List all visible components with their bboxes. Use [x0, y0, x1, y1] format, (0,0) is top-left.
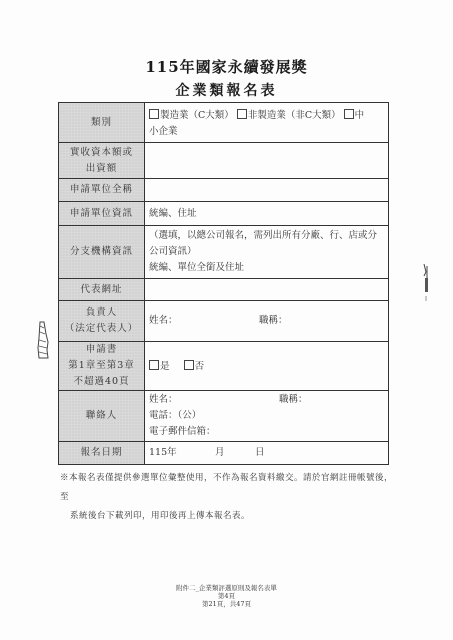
registration-note: ※本報名表僅提供參選單位彙整使用，不作為報名資料繳交。請於官網註冊帳號後，至 系…: [60, 469, 400, 526]
form-title: 115年國家永續發展獎: [0, 56, 453, 77]
row-date: 報名日期 115年月日: [59, 442, 389, 465]
yes-label: 是: [160, 361, 170, 372]
representative-label-line1: 負責人: [63, 305, 140, 321]
application-pages-label-line3: 不超過40頁: [63, 374, 140, 390]
website-field[interactable]: [145, 279, 389, 301]
seal-stamp-icon: [36, 320, 50, 360]
footer-page-local: 第4頁: [0, 592, 453, 600]
application-pages-label: 申請書 第1章至第3章 不超過40頁: [59, 342, 145, 391]
registration-form-table: 類別 製造業（C大類） 非製造業（非C大類） 中 小企業 實收資本額或 出資額 …: [58, 102, 389, 465]
capital-label-line2: 出資額: [63, 161, 140, 177]
option-sme-label-part2: 小企業: [149, 122, 384, 138]
branch-info-field[interactable]: （選填，以總公司報名，需列出所有分廠、行、店或分 公司資訊） 統編、單位全銜及住…: [145, 226, 389, 279]
contact-name-label: 姓名：: [149, 394, 279, 406]
checkbox-no[interactable]: [184, 360, 194, 370]
application-pages-label-line1: 申請書: [63, 342, 140, 358]
row-applicant-name: 申請單位全稱: [59, 179, 389, 202]
applicant-info-field[interactable]: 統編、住址: [145, 202, 389, 226]
row-website: 代表網址: [59, 279, 389, 301]
option-sme-label-part1: 中: [355, 110, 365, 121]
row-capital: 實收資本額或 出資額: [59, 143, 389, 179]
capital-label-line1: 實收資本額或: [63, 145, 140, 161]
capital-field[interactable]: [145, 143, 389, 179]
date-day: 日: [255, 447, 265, 458]
row-branch-info: 分支機構資訊 （選填，以總公司報名，需列出所有分廠、行、店或分 公司資訊） 統編…: [59, 226, 389, 279]
row-representative: 負責人 （法定代表人） 姓名：職稱：: [59, 301, 389, 342]
representative-label-line2: （法定代表人）: [63, 321, 140, 337]
no-label: 否: [195, 361, 205, 372]
website-label: 代表網址: [59, 279, 145, 301]
option-non-manufacturing-label: 非製造業（非C大類）: [248, 110, 341, 121]
contact-phone-label: 電話：（公）: [149, 408, 384, 424]
contact-field[interactable]: 姓名：職稱： 電話：（公） 電子郵件信箱：: [145, 391, 389, 442]
representative-field[interactable]: 姓名：職稱：: [145, 301, 389, 342]
checkbox-non-manufacturing[interactable]: [237, 109, 247, 119]
footer-attachment-title: 附件二_企業類評選原則及報名表單: [0, 584, 453, 592]
capital-label: 實收資本額或 出資額: [59, 143, 145, 179]
representative-label: 負責人 （法定代表人）: [59, 301, 145, 342]
row-applicant-info: 申請單位資訊 統編、住址: [59, 202, 389, 226]
footer-page-total: 第21頁，共47頁: [0, 600, 453, 608]
contact-email-label: 電子郵件信箱：: [149, 424, 384, 440]
note-line1: ※本報名表僅提供參選單位彙整使用，不作為報名資料繳交。請於官網註冊帳號後，至: [60, 469, 400, 507]
representative-title-label: 職稱：: [259, 315, 288, 326]
date-field[interactable]: 115年月日: [145, 442, 389, 465]
row-application-pages: 申請書 第1章至第3章 不超過40頁 是 否: [59, 342, 389, 391]
branch-info-hint-line3: 統編、單位全銜及住址: [149, 260, 384, 276]
representative-name-label: 姓名：: [149, 315, 259, 327]
category-options: 製造業（C大類） 非製造業（非C大類） 中 小企業: [145, 103, 389, 143]
applicant-name-field[interactable]: [145, 179, 389, 202]
date-month: 月: [215, 447, 255, 459]
form-subtitle: 企業類報名表: [0, 80, 453, 100]
branch-info-hint-line2: 公司資訊）: [149, 244, 384, 260]
branch-info-label: 分支機構資訊: [59, 226, 145, 279]
row-contact: 聯絡人 姓名：職稱： 電話：（公） 電子郵件信箱：: [59, 391, 389, 442]
date-year: 115年: [149, 447, 215, 459]
page-footer: 附件二_企業類評選原則及報名表單 第4頁 第21頁，共47頁: [0, 584, 453, 608]
application-pages-options: 是 否: [145, 342, 389, 391]
category-label: 類別: [59, 103, 145, 143]
application-pages-label-line2: 第1章至第3章: [63, 358, 140, 374]
applicant-info-label: 申請單位資訊: [59, 202, 145, 226]
contact-title-label: 職稱：: [279, 394, 308, 405]
option-manufacturing-label: 製造業（C大類）: [160, 110, 234, 121]
date-label: 報名日期: [59, 442, 145, 465]
note-line2: 系統後台下載列印，用印後再上傳本報名表。: [60, 507, 400, 526]
page-seal-mark-icon: [422, 262, 430, 302]
checkbox-yes[interactable]: [149, 360, 159, 370]
contact-label: 聯絡人: [59, 391, 145, 442]
row-category: 類別 製造業（C大類） 非製造業（非C大類） 中 小企業: [59, 103, 389, 143]
applicant-name-label: 申請單位全稱: [59, 179, 145, 202]
checkbox-manufacturing[interactable]: [149, 109, 159, 119]
branch-info-hint-line1: （選填，以總公司報名，需列出所有分廠、行、店或分: [149, 228, 384, 244]
checkbox-sme[interactable]: [344, 109, 354, 119]
